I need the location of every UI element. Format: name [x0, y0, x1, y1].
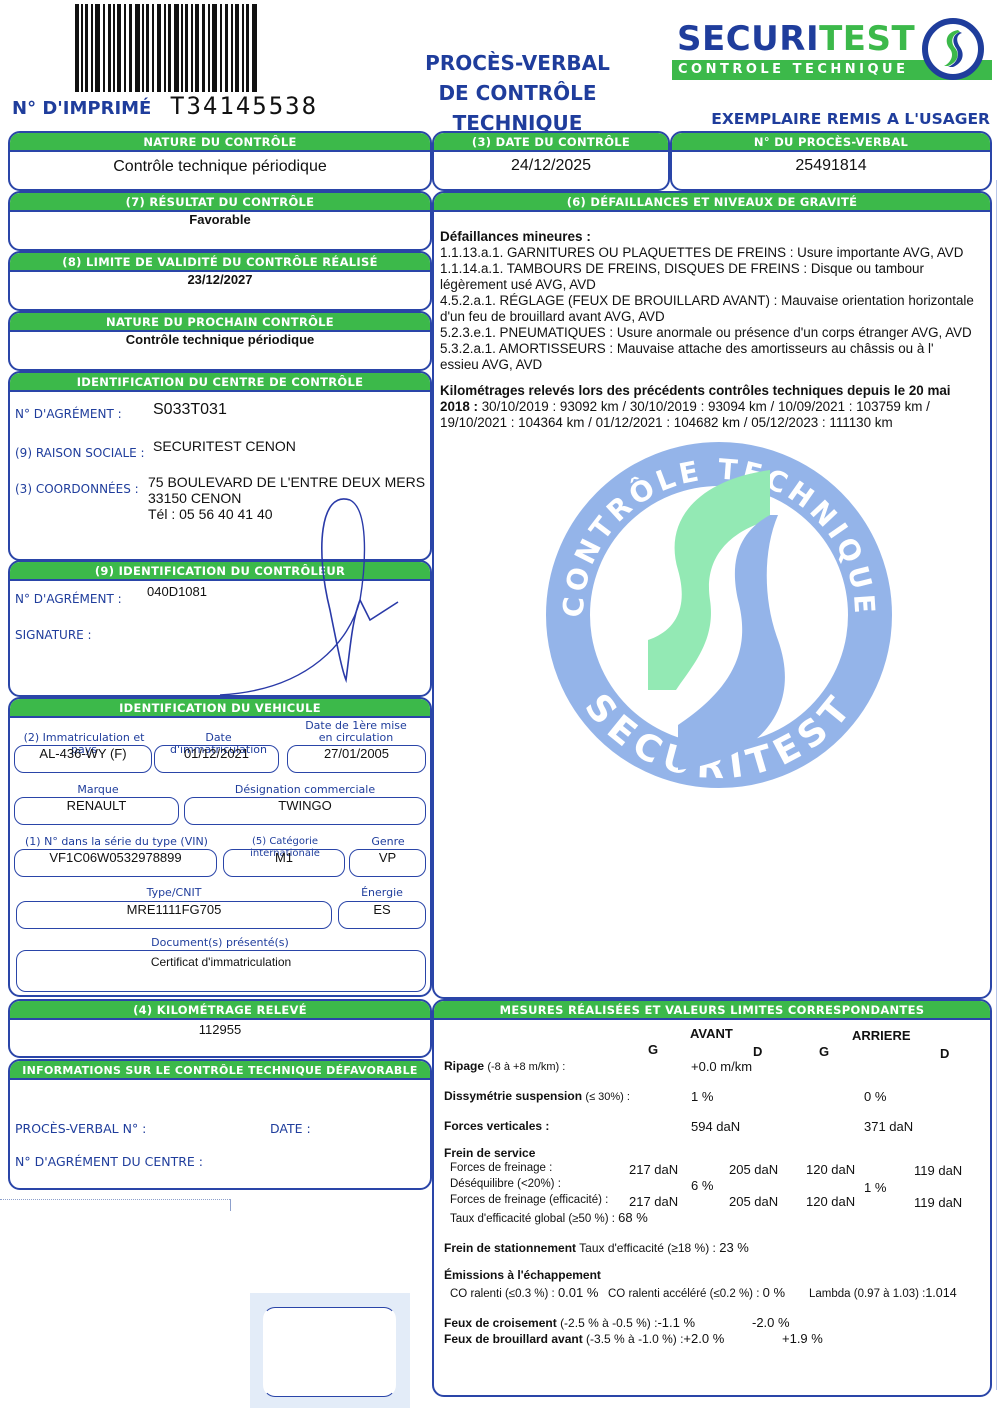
prochain-controle-panel: NATURE DU PROCHAIN CONTRÔLE Contrôle tec… [8, 311, 432, 371]
stationnement-label: Frein de stationnement [444, 1241, 576, 1255]
marque-label: Marque [14, 784, 182, 796]
stationnement-limit: Taux d'efficacité (≥18 %) : [579, 1241, 716, 1255]
stationnement-row: Frein de stationnement Taux d'efficacité… [444, 1240, 749, 1255]
taux-global-value: 68 % [618, 1210, 648, 1225]
dissymetrie-avant: 1 % [691, 1089, 713, 1104]
brand-part-1: SECURI [677, 19, 819, 59]
nature-controle-title: NATURE DU CONTRÔLE [10, 133, 430, 152]
kilometrage-value: 112955 [10, 1022, 430, 1037]
defavorable-date-label: DATE : [270, 1121, 311, 1136]
date-controle-value: 24/12/2025 [434, 157, 668, 175]
forces-freinage-label: Forces de freinage : [450, 1162, 552, 1174]
co-ralenti-row: CO ralenti (≤0.3 %) : 0.01 % [450, 1285, 598, 1300]
defavorable-pv-label: PROCÈS-VERBAL N° : [15, 1121, 146, 1136]
signature-scribble-icon [220, 490, 410, 700]
categorie-field: M1 [223, 849, 345, 877]
raison-sociale-value: SECURITEST CENON [153, 438, 296, 454]
arriere-d-header: D [940, 1046, 949, 1061]
co-accelere-label: CO ralenti accéléré (≤0.2 %) : [608, 1288, 759, 1300]
date-controle-title: (3) DATE DU CONTRÔLE [434, 133, 668, 152]
resultat-title: (7) RÉSULTAT DU CONTRÔLE [10, 193, 430, 212]
forces-freinage-arg: 120 daN [806, 1162, 855, 1177]
ripage-value: +0.0 m/km [691, 1059, 752, 1074]
genre-label: Genre [350, 836, 426, 848]
date-mise-circulation-field: 27/01/2005 [287, 745, 426, 773]
brand-wordmark: SECURITEST [677, 20, 915, 58]
brouillard-row: Feux de brouillard avant (-3.5 % à -1.0 … [444, 1331, 724, 1346]
lambda-label: Lambda (0.97 à 1.03) : [809, 1288, 925, 1300]
dissymetrie-arriere: 0 % [864, 1089, 886, 1104]
forces-freinage-avd: 205 daN [729, 1162, 778, 1177]
lambda-value: 1.014 [925, 1286, 956, 1300]
securitest-logo-icon [922, 18, 984, 80]
energie-field: ES [338, 901, 426, 929]
mesures-panel: MESURES RÉALISÉES ET VALEURS LIMITES COR… [432, 999, 992, 1397]
immatriculation-field: AL-436-WY (F) [14, 745, 152, 773]
centre-agrement-label: N° D'AGRÉMENT : [15, 407, 122, 421]
dissymetrie-row: Dissymétrie suspension (≤ 30%) : [444, 1089, 630, 1103]
dissymetrie-limit: (≤ 30%) : [585, 1091, 630, 1103]
documents-field: Certificat d'immatriculation [16, 950, 426, 992]
tear-line-end [230, 1199, 231, 1211]
croisement-g: -1.1 % [657, 1315, 695, 1330]
tear-line [0, 1199, 230, 1200]
arriere-header: ARRIERE [852, 1028, 911, 1043]
croisement-row: Feux de croisement (-2.5 % à -0.5 %) :-1… [444, 1315, 695, 1330]
brouillard-label: Feux de brouillard avant [444, 1332, 583, 1346]
kilometrage-title: (4) KILOMÉTRAGE RELEVÉ [10, 1001, 430, 1020]
co-accelere-row: CO ralenti accéléré (≤0.2 %) : 0 % [608, 1285, 785, 1300]
resultat-panel: (7) RÉSULTAT DU CONTRÔLE Favorable [8, 191, 432, 251]
stationnement-value: 23 % [719, 1240, 749, 1255]
mesures-title: MESURES RÉALISÉES ET VALEURS LIMITES COR… [434, 1001, 990, 1020]
centre-agrement-value: S033T031 [153, 401, 227, 419]
desequilibre-label: Déséquilibre (<20%) : [450, 1178, 561, 1190]
lambda-row: Lambda (0.97 à 1.03) :1.014 [809, 1286, 957, 1300]
date-mise-circulation-label: Date de 1ère mise en circulation [286, 720, 426, 744]
raison-sociale-label: (9) RAISON SOCIALE : [15, 446, 145, 460]
desequilibre-arriere: 1 % [864, 1180, 886, 1195]
ripage-label: Ripage [444, 1059, 484, 1073]
defaillance-item: 5.2.3.e.1. PNEUMATIQUES : Usure anormale… [440, 325, 975, 341]
defaillance-item: 5.3.2.a.1. AMORTISSEURS : Mauvaise attac… [440, 341, 975, 373]
forces-efficacite-ard: 119 daN [914, 1195, 962, 1210]
resultat-value: Favorable [10, 212, 430, 227]
forces-efficacite-avg: 217 daN [629, 1194, 678, 1209]
defaillance-item: 1.1.14.a.1. TAMBOURS DE FREINS, DISQUES … [440, 261, 975, 293]
ripage-row: Ripage (-8 à +8 m/km) : [444, 1059, 565, 1073]
defavorable-panel: INFORMATIONS SUR LE CONTRÔLE TECHNIQUE D… [8, 1059, 432, 1190]
title-line-2: DE CONTRÔLE TECHNIQUE [380, 78, 655, 138]
defavorable-title: INFORMATIONS SUR LE CONTRÔLE TECHNIQUE D… [10, 1061, 430, 1080]
cnit-label: Type/CNIT [14, 887, 334, 899]
pv-number-title: N° DU PROCÈS-VERBAL [672, 133, 990, 152]
croisement-limit: (-2.5 % à -0.5 %) : [560, 1316, 657, 1330]
frein-service-row: Frein de service [444, 1146, 535, 1160]
forces-verticales-avant: 594 daN [691, 1119, 740, 1134]
brand-part-2: TEST [819, 19, 915, 59]
limite-validite-panel: (8) LIMITE DE VALIDITÉ DU CONTRÔLE RÉALI… [8, 251, 432, 311]
forces-freinage-ard: 119 daN [914, 1163, 962, 1178]
km-history-block: Kilométrages relevés lors des précédents… [440, 383, 975, 431]
co-accelere-value: 0 % [763, 1285, 785, 1300]
barcode-icon [75, 4, 260, 92]
brouillard-limit: (-3.5 % à -1.0 %) : [586, 1332, 683, 1346]
vin-field: VF1C06W0532978899 [14, 849, 217, 877]
document-title: PROCÈS-VERBAL DE CONTRÔLE TECHNIQUE [380, 48, 655, 138]
croisement-d: -2.0 % [752, 1315, 790, 1330]
documents-label: Document(s) présenté(s) [14, 937, 426, 949]
designation-label: Désignation commerciale [184, 784, 426, 796]
date-mise-label-line-2: en circulation [286, 732, 426, 744]
cnit-field: MRE1111FG705 [16, 901, 332, 929]
defaillances-heading: Défaillances mineures : [440, 229, 975, 245]
pv-number-panel: N° DU PROCÈS-VERBAL 25491814 [670, 131, 992, 191]
avant-d-header: D [753, 1044, 762, 1059]
controleur-agrement-label: N° D'AGRÉMENT : [15, 592, 122, 606]
brouillard-g: +2.0 % [683, 1331, 724, 1346]
stamp-box [263, 1307, 396, 1397]
signature-label: SIGNATURE : [15, 628, 92, 642]
kilometrage-panel: (4) KILOMÉTRAGE RELEVÉ 112955 [8, 999, 432, 1058]
avant-g-header: G [648, 1042, 658, 1057]
limite-validite-title: (8) LIMITE DE VALIDITÉ DU CONTRÔLE RÉALI… [10, 253, 430, 272]
defavorable-agrement-label: N° D'AGRÉMENT DU CENTRE : [15, 1154, 203, 1169]
page-edge-line [996, 180, 997, 1390]
defaillance-item: 4.5.2.a.1. RÉGLAGE (FEUX DE BROUILLARD A… [440, 293, 975, 325]
prochain-controle-title: NATURE DU PROCHAIN CONTRÔLE [10, 313, 430, 332]
emissions-row: Émissions à l'échappement [444, 1268, 601, 1282]
avant-header: AVANT [690, 1026, 733, 1041]
frein-service-label: Frein de service [444, 1146, 535, 1160]
taux-global-row: Taux d'efficacité global (≥50 %) : 68 % [450, 1210, 648, 1225]
ripage-limit: (-8 à +8 m/km) : [487, 1061, 565, 1073]
defaillances-content: Défaillances mineures : 1.1.13.a.1. GARN… [440, 229, 975, 431]
taux-global-label: Taux d'efficacité global (≥50 %) : [450, 1213, 615, 1225]
forces-efficacite-arg: 120 daN [806, 1194, 855, 1209]
copy-label: EXEMPLAIRE REMIS A L'USAGER [700, 110, 990, 128]
genre-field: VP [349, 849, 426, 877]
vin-label: (1) N° dans la série du type (VIN) [14, 836, 219, 848]
imprime-label: N° D'IMPRIMÉ [12, 98, 151, 119]
coordonnees-label: (3) COORDONNÉES : [15, 482, 139, 496]
emissions-label: Émissions à l'échappement [444, 1268, 601, 1282]
co-ralenti-label: CO ralenti (≤0.3 %) : [450, 1288, 555, 1300]
co-ralenti-value: 0.01 % [558, 1285, 598, 1300]
prochain-controle-value: Contrôle technique périodique [10, 332, 430, 347]
nature-controle-panel: NATURE DU CONTRÔLE Contrôle technique pé… [8, 131, 432, 191]
title-line-1: PROCÈS-VERBAL [380, 48, 655, 78]
km-history-values: 30/10/2019 : 93092 km / 30/10/2019 : 930… [440, 399, 930, 430]
pv-number-value: 25491814 [672, 157, 990, 175]
desequilibre-avant: 6 % [691, 1178, 713, 1193]
vehicule-title: IDENTIFICATION DU VEHICULE [10, 699, 430, 718]
defaillances-panel: (6) DÉFAILLANCES ET NIVEAUX DE GRAVITÉ D… [432, 191, 992, 999]
dissymetrie-label: Dissymétrie suspension [444, 1089, 582, 1103]
imprime-number: T34145538 [170, 92, 318, 120]
defaillance-item: 1.1.13.a.1. GARNITURES OU PLAQUETTES DE … [440, 245, 975, 261]
marque-field: RENAULT [14, 797, 179, 825]
croisement-label: Feux de croisement [444, 1316, 557, 1330]
forces-efficacite-label: Forces de freinage (efficacité) : [450, 1194, 608, 1206]
vehicule-panel: IDENTIFICATION DU VEHICULE (2) Immatricu… [8, 697, 432, 997]
brouillard-d: +1.9 % [782, 1331, 823, 1346]
stamp-area [250, 1293, 410, 1408]
energie-label: Énergie [338, 887, 426, 899]
date-controle-panel: (3) DATE DU CONTRÔLE 24/12/2025 [432, 131, 670, 191]
forces-efficacite-avd: 205 daN [729, 1194, 778, 1209]
forces-verticales-row: Forces verticales : [444, 1119, 549, 1133]
controleur-agrement-value: 040D1081 [147, 584, 207, 599]
forces-freinage-avg: 217 daN [629, 1162, 678, 1177]
forces-verticales-label: Forces verticales : [444, 1119, 549, 1133]
forces-verticales-arriere: 371 daN [864, 1119, 913, 1134]
nature-controle-value: Contrôle technique périodique [10, 158, 430, 176]
centre-title: IDENTIFICATION DU CENTRE DE CONTRÔLE [10, 373, 430, 392]
date-immatriculation-field: 01/12/2021 [154, 745, 279, 773]
address-line-1: 75 BOULEVARD DE L'ENTRE DEUX MERS [148, 474, 425, 490]
designation-field: TWINGO [184, 797, 426, 825]
defaillances-title: (6) DÉFAILLANCES ET NIVEAUX DE GRAVITÉ [434, 193, 990, 212]
arriere-g-header: G [819, 1044, 829, 1059]
limite-validite-value: 23/12/2027 [10, 272, 430, 287]
